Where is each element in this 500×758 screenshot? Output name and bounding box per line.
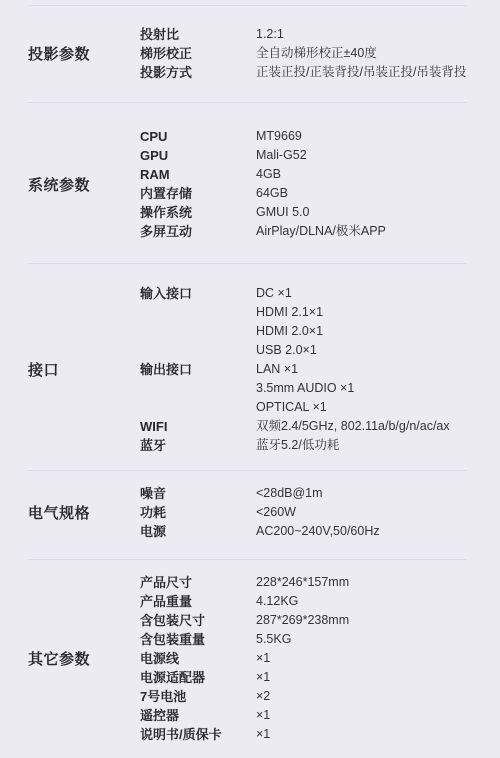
spec-value: GMUI 5.0 <box>256 203 500 222</box>
spec-row: 噪音 <28dB@1m <box>140 484 500 503</box>
spec-rows: 噪音 <28dB@1m 功耗 <260W 电源 AC200~240V,50/60… <box>140 484 500 541</box>
spec-value: USB 2.0×1 <box>256 341 500 360</box>
spec-row: 含包装尺寸 287*269*238mm <box>140 611 500 630</box>
section-system-params: 系统参数 CPU MT9669 GPU Mali-G52 RAM 4GB 内置存… <box>0 103 500 262</box>
section-title: 投影参数 <box>0 25 140 82</box>
spec-row: 蓝牙 蓝牙5.2/低功耗 <box>140 436 500 455</box>
spec-row: 遥控器 ×1 <box>140 706 500 725</box>
spec-label: 投影方式 <box>140 63 256 82</box>
spec-sheet: 投影参数 投射比 1.2:1 梯形校正 全自动梯形校正±40度 投影方式 正装正… <box>0 4 500 758</box>
spec-row: CPU MT9669 <box>140 127 500 146</box>
spec-label: 多屏互动 <box>140 222 256 241</box>
section-projection-params: 投影参数 投射比 1.2:1 梯形校正 全自动梯形校正±40度 投影方式 正装正… <box>0 6 500 101</box>
spec-label: 产品重量 <box>140 592 256 611</box>
section-title: 电气规格 <box>0 484 140 541</box>
spec-row: 投射比 1.2:1 <box>140 25 500 44</box>
spec-label: 电源线 <box>140 649 256 668</box>
spec-value: 双频2.4/5GHz, 802.11a/b/g/n/ac/ax <box>256 417 500 436</box>
spec-row: OPTICAL ×1 <box>140 398 500 417</box>
spec-value: HDMI 2.0×1 <box>256 322 500 341</box>
spec-value: MT9669 <box>256 127 500 146</box>
spec-value: HDMI 2.1×1 <box>256 303 500 322</box>
spec-label: 操作系统 <box>140 203 256 222</box>
spec-value: <260W <box>256 503 500 522</box>
spec-label <box>140 398 256 417</box>
spec-value: ×1 <box>256 706 500 725</box>
spec-row: 梯形校正 全自动梯形校正±40度 <box>140 44 500 63</box>
spec-value: AirPlay/DLNA/极米APP <box>256 222 500 241</box>
spec-label: WIFI <box>140 417 256 436</box>
spec-value: OPTICAL ×1 <box>256 398 500 417</box>
spec-value: 正装正投/正装背投/吊装正投/吊装背投 <box>256 63 500 82</box>
spec-value: 228*246*157mm <box>256 573 500 592</box>
spec-row: 产品尺寸 228*246*157mm <box>140 573 500 592</box>
spec-row: 操作系统 GMUI 5.0 <box>140 203 500 222</box>
spec-row: 功耗 <260W <box>140 503 500 522</box>
spec-value: 全自动梯形校正±40度 <box>256 44 500 63</box>
spec-rows: CPU MT9669 GPU Mali-G52 RAM 4GB 内置存储 64G… <box>140 127 500 241</box>
section-electrical-specs: 电气规格 噪音 <28dB@1m 功耗 <260W 电源 AC200~240V,… <box>0 471 500 558</box>
spec-label: 梯形校正 <box>140 44 256 63</box>
spec-label: 含包装重量 <box>140 630 256 649</box>
spec-label: 说明书/质保卡 <box>140 725 256 744</box>
spec-row: 电源适配器 ×1 <box>140 668 500 687</box>
spec-row: GPU Mali-G52 <box>140 146 500 165</box>
spec-label: 输出接口 <box>140 360 256 379</box>
spec-value: 蓝牙5.2/低功耗 <box>256 436 500 455</box>
spec-row: 内置存储 64GB <box>140 184 500 203</box>
spec-value: ×1 <box>256 649 500 668</box>
spec-row: 产品重量 4.12KG <box>140 592 500 611</box>
spec-row: 电源线 ×1 <box>140 649 500 668</box>
spec-row: 电源 AC200~240V,50/60Hz <box>140 522 500 541</box>
spec-row: 输入接口 DC ×1 <box>140 284 500 303</box>
spec-label: 遥控器 <box>140 706 256 725</box>
spec-value: 1.2:1 <box>256 25 500 44</box>
spec-rows: 产品尺寸 228*246*157mm 产品重量 4.12KG 含包装尺寸 287… <box>140 573 500 744</box>
spec-label: 投射比 <box>140 25 256 44</box>
spec-label: 内置存储 <box>140 184 256 203</box>
spec-rows: 投射比 1.2:1 梯形校正 全自动梯形校正±40度 投影方式 正装正投/正装背… <box>140 25 500 82</box>
spec-label <box>140 303 256 322</box>
spec-value: Mali-G52 <box>256 146 500 165</box>
spec-value: ×1 <box>256 668 500 687</box>
spec-label: 功耗 <box>140 503 256 522</box>
spec-row: USB 2.0×1 <box>140 341 500 360</box>
spec-value: 64GB <box>256 184 500 203</box>
spec-value: 5.5KG <box>256 630 500 649</box>
spec-value: 287*269*238mm <box>256 611 500 630</box>
spec-value: ×1 <box>256 725 500 744</box>
spec-row: 3.5mm AUDIO ×1 <box>140 379 500 398</box>
section-interfaces: 接口 输入接口 DC ×1 HDMI 2.1×1 HDMI 2.0×1 USB … <box>0 264 500 469</box>
spec-row: 说明书/质保卡 ×1 <box>140 725 500 744</box>
spec-row: HDMI 2.1×1 <box>140 303 500 322</box>
spec-label <box>140 341 256 360</box>
section-title: 接口 <box>0 284 140 455</box>
spec-row: WIFI 双频2.4/5GHz, 802.11a/b/g/n/ac/ax <box>140 417 500 436</box>
spec-label: 含包装尺寸 <box>140 611 256 630</box>
spec-label: 蓝牙 <box>140 436 256 455</box>
spec-label: 电源适配器 <box>140 668 256 687</box>
spec-label: CPU <box>140 127 256 146</box>
section-title: 系统参数 <box>0 127 140 241</box>
spec-label <box>140 379 256 398</box>
spec-value: LAN ×1 <box>256 360 500 379</box>
spec-row: 输出接口 LAN ×1 <box>140 360 500 379</box>
spec-value: DC ×1 <box>256 284 500 303</box>
section-other-params: 其它参数 产品尺寸 228*246*157mm 产品重量 4.12KG 含包装尺… <box>0 560 500 758</box>
spec-label: RAM <box>140 165 256 184</box>
spec-value: 4.12KG <box>256 592 500 611</box>
spec-value: AC200~240V,50/60Hz <box>256 522 500 541</box>
spec-value: ×2 <box>256 687 500 706</box>
spec-label: GPU <box>140 146 256 165</box>
spec-label: 输入接口 <box>140 284 256 303</box>
spec-label: 7号电池 <box>140 687 256 706</box>
spec-value: <28dB@1m <box>256 484 500 503</box>
spec-row: 含包装重量 5.5KG <box>140 630 500 649</box>
spec-row: 投影方式 正装正投/正装背投/吊装正投/吊装背投 <box>140 63 500 82</box>
spec-row: HDMI 2.0×1 <box>140 322 500 341</box>
spec-value: 4GB <box>256 165 500 184</box>
spec-row: RAM 4GB <box>140 165 500 184</box>
spec-rows: 输入接口 DC ×1 HDMI 2.1×1 HDMI 2.0×1 USB 2.0… <box>140 284 500 455</box>
spec-label: 产品尺寸 <box>140 573 256 592</box>
spec-row: 多屏互动 AirPlay/DLNA/极米APP <box>140 222 500 241</box>
spec-label: 噪音 <box>140 484 256 503</box>
spec-label <box>140 322 256 341</box>
section-title: 其它参数 <box>0 573 140 744</box>
spec-row: 7号电池 ×2 <box>140 687 500 706</box>
spec-value: 3.5mm AUDIO ×1 <box>256 379 500 398</box>
spec-label: 电源 <box>140 522 256 541</box>
